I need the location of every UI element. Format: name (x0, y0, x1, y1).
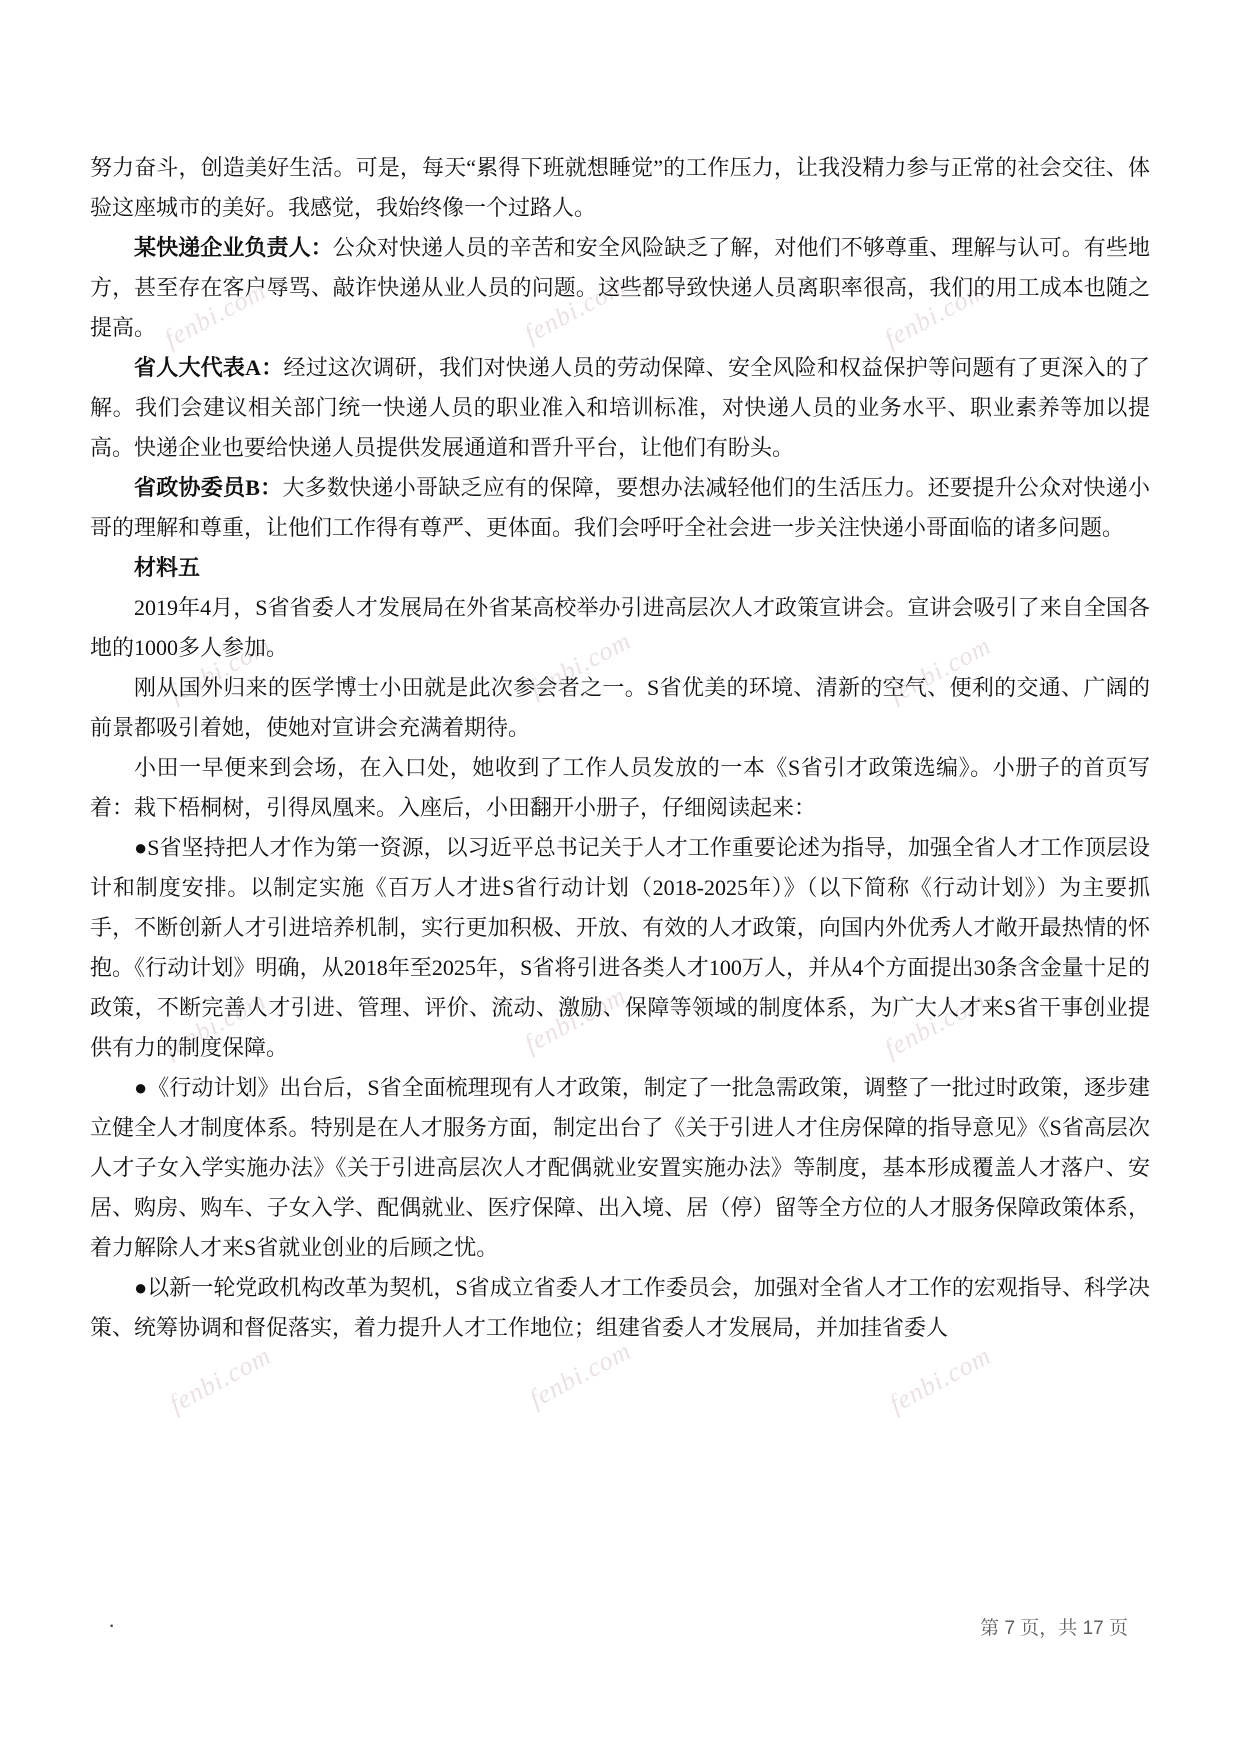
document-body: 努力奋斗，创造美好生活。可是，每天“累得下班就想睡觉”的工作压力，让我没精力参与… (90, 148, 1150, 1348)
dialog-paragraph: 某快递企业负责人：公众对快递人员的辛苦和安全风险缺乏了解，对他们不够尊重、理解与… (90, 228, 1150, 348)
dialog-paragraph: 省政协委员B：大多数快递小哥缺乏应有的保障，要想办法减轻他们的生活压力。还要提升… (90, 468, 1150, 548)
speaker-name: 省人大代表A： (134, 355, 283, 380)
section-paragraph: 小田一早便来到会场，在入口处，她收到了工作人员发放的一本《S省引才政策选编》。小… (90, 748, 1150, 828)
watermark-text: fenbi.com (164, 1341, 276, 1420)
speaker-name: 省政协委员B： (134, 475, 282, 500)
watermark-text: fenbi.com (884, 1341, 996, 1420)
speaker-name: 某快递企业负责人： (134, 235, 333, 260)
paragraph-continuation: 努力奋斗，创造美好生活。可是，每天“累得下班就想睡觉”的工作压力，让我没精力参与… (90, 148, 1150, 228)
section-paragraph: ●以新一轮党政机构改革为契机，S省成立省委人才工作委员会，加强对全省人才工作的宏… (90, 1268, 1150, 1348)
section-heading: 材料五 (90, 548, 1150, 588)
section-paragraph: ●S省坚持把人才作为第一资源，以习近平总书记关于人才工作重要论述为指导，加强全省… (90, 828, 1150, 1068)
document-page: fenbi.com fenbi.com fenbi.com fenbi.com … (0, 0, 1240, 1754)
section-paragraph: ●《行动计划》出台后，S省全面梳理现有人才政策，制定了一批急需政策，调整了一批过… (90, 1068, 1150, 1268)
section-paragraph: 2019年4月，S省省委人才发展局在外省某高校举办引进高层次人才政策宣讲会。宣讲… (90, 588, 1150, 668)
page-number: 第 7 页，共 17 页 (980, 1616, 1128, 1642)
footer-dot: · (108, 1614, 115, 1636)
dialog-paragraph: 省人大代表A：经过这次调研，我们对快递人员的劳动保障、安全风险和权益保护等问题有… (90, 348, 1150, 468)
section-paragraph: 刚从国外归来的医学博士小田就是此次参会者之一。S省优美的环境、清新的空气、便利的… (90, 668, 1150, 748)
